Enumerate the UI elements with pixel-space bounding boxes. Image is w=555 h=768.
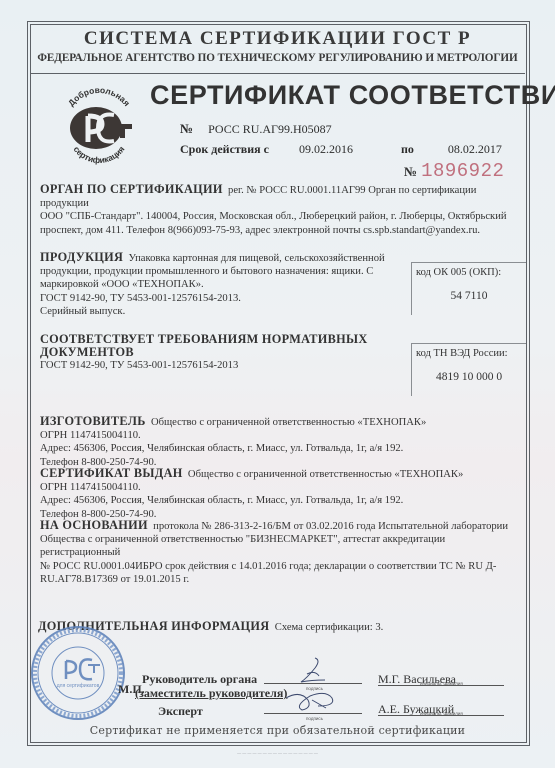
okp-code-value: 54 7110 <box>412 290 526 302</box>
head-signature-icon <box>285 656 345 686</box>
product-line1: Упаковка картонная для пищевой, сельскох… <box>129 253 385 264</box>
number-symbol: № <box>180 121 193 136</box>
footer-note: Сертификат не применяется при обязательн… <box>30 724 525 737</box>
blank-serial: № 1896922 <box>404 160 504 182</box>
certification-body-heading: ОРГАН ПО СЕРТИФИКАЦИИ <box>40 182 223 196</box>
deputy-label: (заместитель руководителя) <box>135 686 287 701</box>
serial-number: 1896922 <box>421 160 504 182</box>
manufacturer-section: ИЗГОТОВИТЕЛЬ Общество с ограниченной отв… <box>40 415 520 469</box>
expert-label: Эксперт <box>158 704 203 719</box>
header-band: СИСТЕМА СЕРТИФИКАЦИИ ГОСТ Р ФЕДЕРАЛЬНОЕ … <box>30 24 525 74</box>
okp-code-label: код ОК 005 (ОКП): <box>412 263 526 278</box>
basis-line2: Общества с ограниченной ответственностью… <box>40 533 520 559</box>
validity-row: Срок действия с 09.02.2016 по 08.02.2017 <box>180 142 502 157</box>
conformity-section: СООТВЕТСТВУЕТ ТРЕБОВАНИЯМ НОРМАТИВНЫХ ДО… <box>40 333 410 373</box>
issued-to-ogrn: ОГРН 1147415004110. <box>40 481 520 494</box>
certificate-title: СЕРТИФИКАТ СООТВЕТСТВИЯ <box>150 80 555 111</box>
rst-logo-icon: Добровольная сертификация <box>58 86 140 166</box>
basis-line4: RU.АГ78.В17369 от 19.01.2015 г. <box>40 573 520 586</box>
tnved-code-value: 4819 10 000 0 <box>412 371 526 383</box>
certification-body-line2: ООО "СПБ-Стандарт". 140004, Россия, Моск… <box>40 210 520 223</box>
expert-signature-caption: подпись <box>306 716 323 721</box>
conformity-text: ГОСТ 9142-90, ТУ 5453-001-12576154-2013 <box>40 359 410 372</box>
manufacturer-heading: ИЗГОТОВИТЕЛЬ <box>40 414 146 428</box>
round-seal-icon: для сертификатов <box>28 623 128 723</box>
basis-heading: НА ОСНОВАНИИ <box>40 518 148 532</box>
issued-to-address: Адрес: 456306, Россия, Челябинская облас… <box>40 494 520 507</box>
svg-text:Добровольная: Добровольная <box>66 86 132 108</box>
additional-info-text: Схема сертификации: 3. <box>275 622 384 633</box>
printer-imprint: — — — — — — — — — — — — — — — — <box>30 750 525 755</box>
valid-from-date: 09.02.2016 <box>299 142 353 156</box>
basis-section: НА ОСНОВАНИИ протокола № 286-313-2-16/БМ… <box>40 519 520 586</box>
basis-line3: № РОСС RU.0001.04ИБРО срок действия с 14… <box>40 560 520 573</box>
issued-to-name: Общество с ограниченной ответственностью… <box>188 469 463 480</box>
tnved-code-label: код ТН ВЭД России: <box>412 344 526 359</box>
agency-name: ФЕДЕРАЛЬНОЕ АГЕНТСТВО ПО ТЕХНИЧЕСКОМУ РЕ… <box>30 50 525 66</box>
okp-code-box: код ОК 005 (ОКП): 54 7110 <box>411 262 526 315</box>
seal-center-text: для сертификатов <box>57 683 100 689</box>
issued-to-heading: СЕРТИФИКАТ ВЫДАН <box>40 466 183 480</box>
head-label: Руководитель органа <box>142 672 257 687</box>
manufacturer-name: Общество с ограниченной ответственностью… <box>151 417 426 428</box>
logo-top-text: Добровольная <box>66 86 132 108</box>
validity-label: Срок действия с <box>180 142 269 156</box>
product-section: ПРОДУКЦИЯ Упаковка картонная для пищевой… <box>40 251 400 318</box>
product-line2: продукции, продукции промышленного и быт… <box>40 265 400 278</box>
system-title: СИСТЕМА СЕРТИФИКАЦИИ ГОСТ Р <box>30 28 525 50</box>
product-line3: маркировкой «ООО «ТЕХНОПАК». <box>40 278 400 291</box>
certificate-number-row: № РОСС RU.АГ99.Н05087 <box>180 121 332 137</box>
serial-symbol: № <box>404 164 417 179</box>
to-label: по <box>401 142 414 156</box>
product-heading: ПРОДУКЦИЯ <box>40 250 123 264</box>
basis-line1: протокола № 286-313-2-16/БМ от 03.02.201… <box>153 521 508 532</box>
expert-name-caption: инициалы, фамилия <box>420 711 463 716</box>
certificate-number: РОСС RU.АГ99.Н05087 <box>208 122 332 136</box>
certification-body-section: ОРГАН ПО СЕРТИФИКАЦИИ рег. № РОСС RU.000… <box>40 183 520 237</box>
certification-body-line3: проспект, дом 411. Телефон 8(966)093-75-… <box>40 224 520 237</box>
conformity-heading: СООТВЕТСТВУЕТ ТРЕБОВАНИЯМ НОРМАТИВНЫХ ДО… <box>40 333 410 359</box>
manufacturer-ogrn: ОГРН 1147415004110. <box>40 429 520 442</box>
issued-to-section: СЕРТИФИКАТ ВЫДАН Общество с ограниченной… <box>40 467 520 521</box>
manufacturer-address: Адрес: 456306, Россия, Челябинская облас… <box>40 442 520 455</box>
tnved-code-box: код ТН ВЭД России: 4819 10 000 0 <box>411 343 526 396</box>
product-line5: Серийный выпуск. <box>40 305 400 318</box>
product-line4: ГОСТ 9142-90, ТУ 5453-001-12576154-2013. <box>40 292 400 305</box>
expert-signature-icon <box>282 688 346 714</box>
valid-to-date: 08.02.2017 <box>448 142 502 156</box>
head-name-caption: инициалы, фамилия <box>420 681 463 686</box>
